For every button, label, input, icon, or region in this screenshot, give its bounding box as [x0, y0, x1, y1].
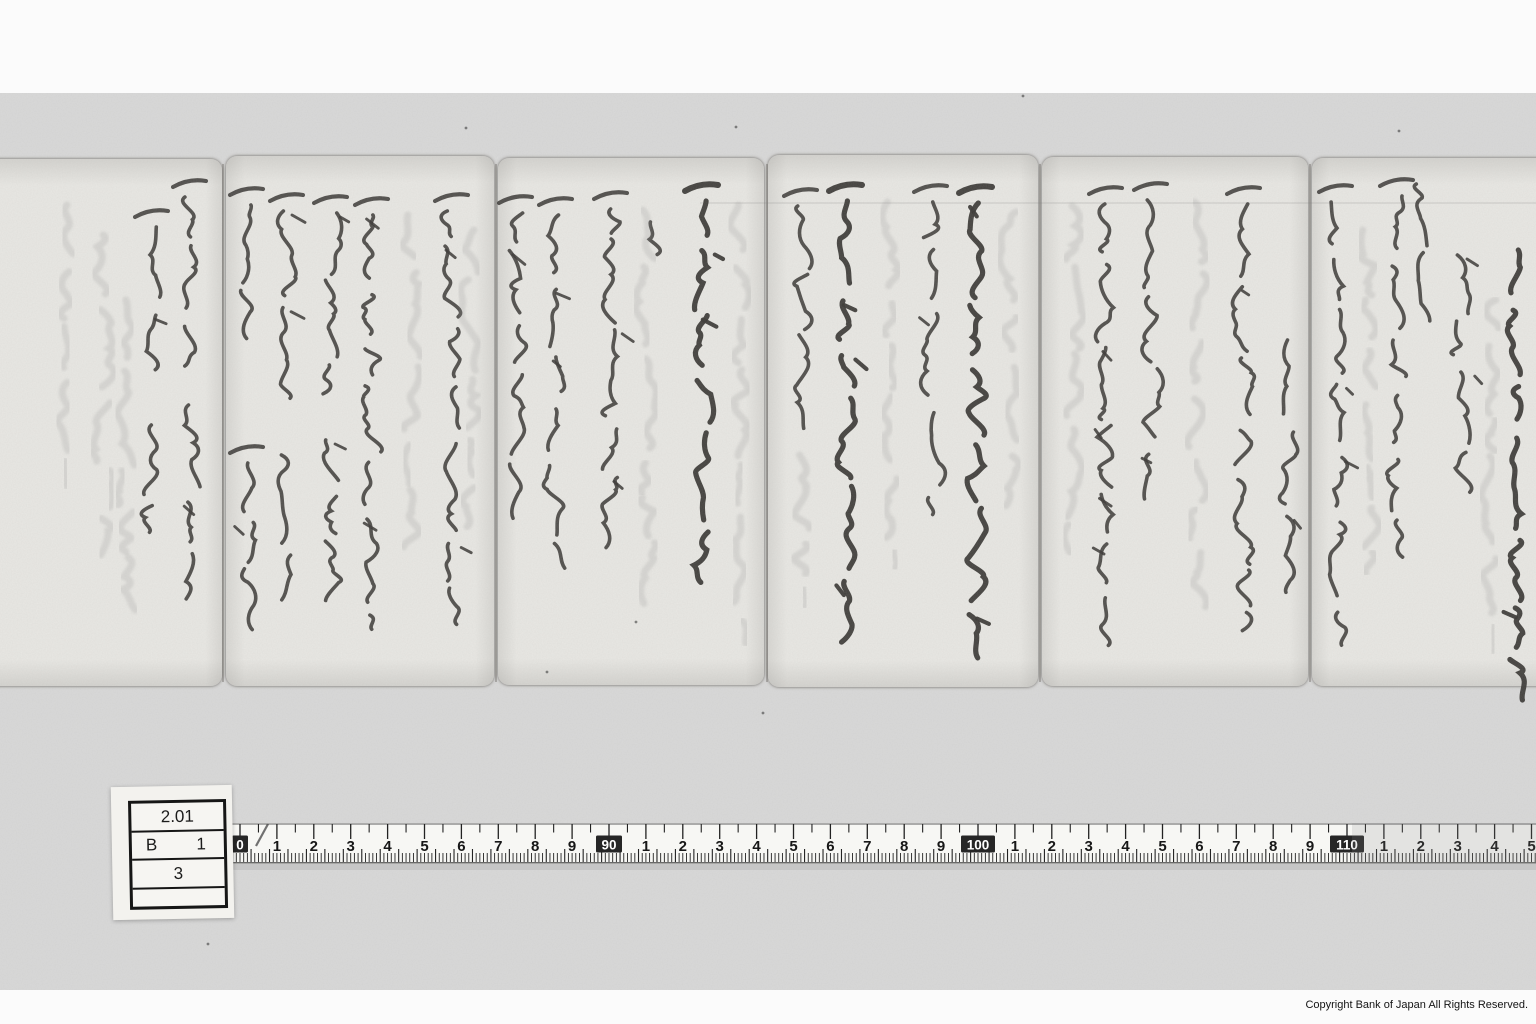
- label-card-row-2: B1: [132, 831, 225, 861]
- label-card-row-4: [133, 888, 225, 907]
- label-card-table: 2.01 B1 3: [128, 799, 228, 910]
- label-card-row-3: 3: [132, 859, 225, 890]
- label-card-volume: 1: [196, 834, 206, 854]
- archive-label-card: 2.01 B1 3: [111, 785, 235, 920]
- label-card-number: 3: [173, 863, 183, 883]
- scan-stage: 0123456789901234567891001234567891101234…: [0, 0, 1536, 1024]
- top-margin: [0, 0, 1536, 93]
- label-card-series: B: [146, 835, 158, 855]
- copyright-notice: Copyright Bank of Japan All Rights Reser…: [1305, 999, 1528, 1011]
- label-card-row-1: 2.01: [131, 802, 224, 833]
- label-card-code: 2.01: [161, 806, 194, 827]
- bottom-margin: Copyright Bank of Japan All Rights Reser…: [0, 990, 1536, 1024]
